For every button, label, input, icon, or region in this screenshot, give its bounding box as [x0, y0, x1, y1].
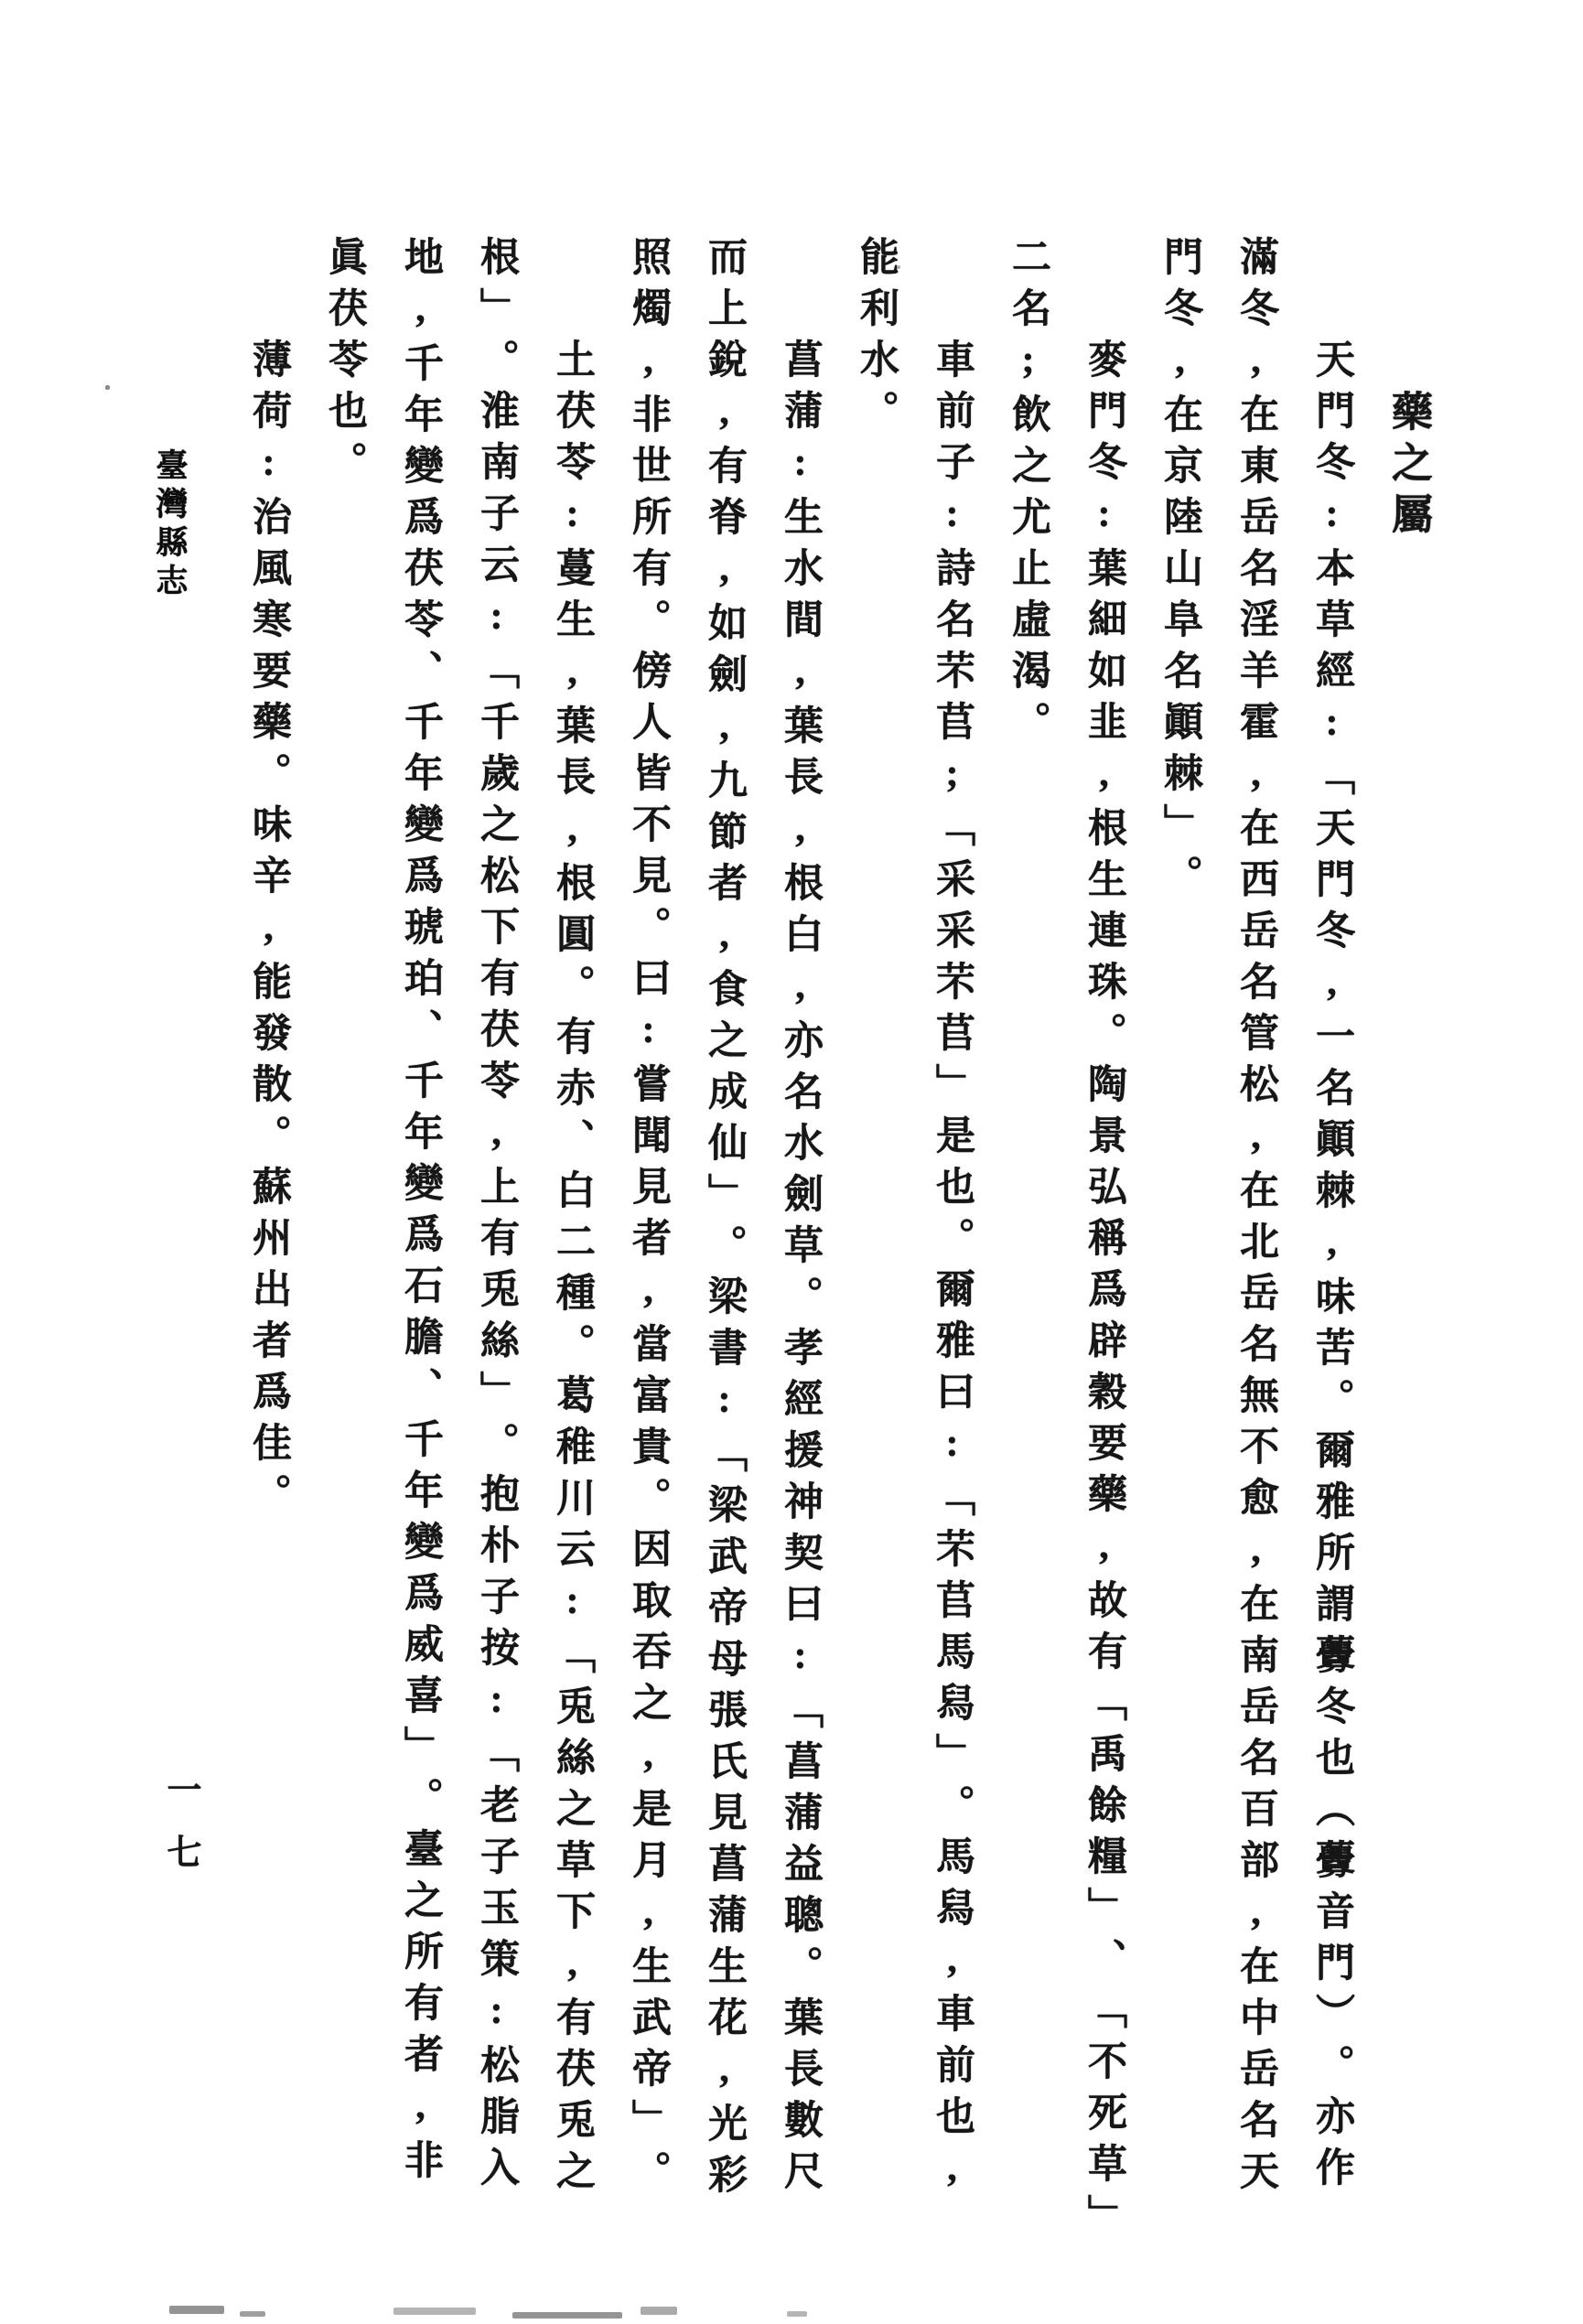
text-column: 滿冬,在東岳名淫羊霍,在西岳名管松,在北岳名無不愈,在南岳名百部,在中岳名天: [1218, 236, 1294, 2187]
scan-artifact: [105, 385, 110, 390]
scan-artifact: [240, 2311, 265, 2317]
scan-artifact: [512, 2312, 622, 2319]
section-title: 藥之屬: [1370, 390, 1446, 2187]
text-column: 能利水。: [838, 236, 914, 2187]
scan-artifact: [641, 2307, 677, 2315]
text-column: 根﹂。淮南子云:﹁千歲之松下有茯苓,上有兎絲﹂。抱朴子按:﹁老子玉策:松脂入: [458, 236, 534, 2187]
text-column: 車前子:詩名芣苢;﹁采采芣苢﹂是也。爾雅曰:﹁芣苢馬舄﹂。馬舄,車前也,: [914, 339, 990, 2187]
scan-artifact: [393, 2308, 476, 2315]
text-column: 土茯苓:蔓生,葉長,根圓。有赤、白二種。葛稚川云:﹁兎絲之草下,有茯兎之: [534, 339, 610, 2187]
text-column: 二名;飲之尤止虛渴。: [990, 236, 1066, 2187]
main-text-block: 藥之屬天門冬:本草經:﹁天門冬,一名顚棘,味苦。爾雅所謂虋冬也︵虋音門︶。亦作滿…: [231, 236, 1446, 2187]
scan-artifact: [169, 2306, 224, 2314]
text-column: 眞茯苓也。: [307, 236, 382, 2187]
page-number: 一七: [156, 1771, 206, 1896]
scanned-page: 藥之屬天門冬:本草經:﹁天門冬,一名顚棘,味苦。爾雅所謂虋冬也︵虋音門︶。亦作滿…: [0, 0, 1583, 2324]
text-column: 天門冬:本草經:﹁天門冬,一名顚棘,味苦。爾雅所謂虋冬也︵虋音門︶。亦作: [1294, 339, 1370, 2187]
text-column: 地,千年變爲茯苓、千年變爲琥珀、千年變爲石膽、千年變爲威喜﹂。臺之所有者,非: [382, 236, 458, 2187]
text-column: 而上銳,有脊,如劍,九節者,食之成仙﹂。梁書:﹁梁武帝母張氏見菖蒲生花,光彩: [686, 236, 762, 2187]
scan-artifact: [787, 2311, 807, 2317]
text-column: 照燭,非世所有。傍人皆不見。曰:嘗聞見者,當富貴。因取吞之,是月,生武帝﹂。: [610, 236, 686, 2187]
scan-artifact: [897, 265, 900, 269]
text-column: 薄荷:治風寒要藥。味辛,能發散。蘇州出者爲佳。: [231, 339, 307, 2187]
text-column: 門冬,在京陸山阜名顚棘﹂。: [1142, 236, 1218, 2187]
text-column: 麥門冬:葉細如韭,根生連珠。陶景弘稱爲辟穀要藥,故有﹁禹餘糧﹂、﹁不死草﹂: [1066, 339, 1142, 2187]
book-margin-title: 臺灣縣志: [146, 448, 192, 602]
text-column: 菖蒲:生水間,葉長,根白,亦名水劍草。孝經援神契曰:﹁菖蒲益聰。葉長數尺: [762, 339, 838, 2187]
